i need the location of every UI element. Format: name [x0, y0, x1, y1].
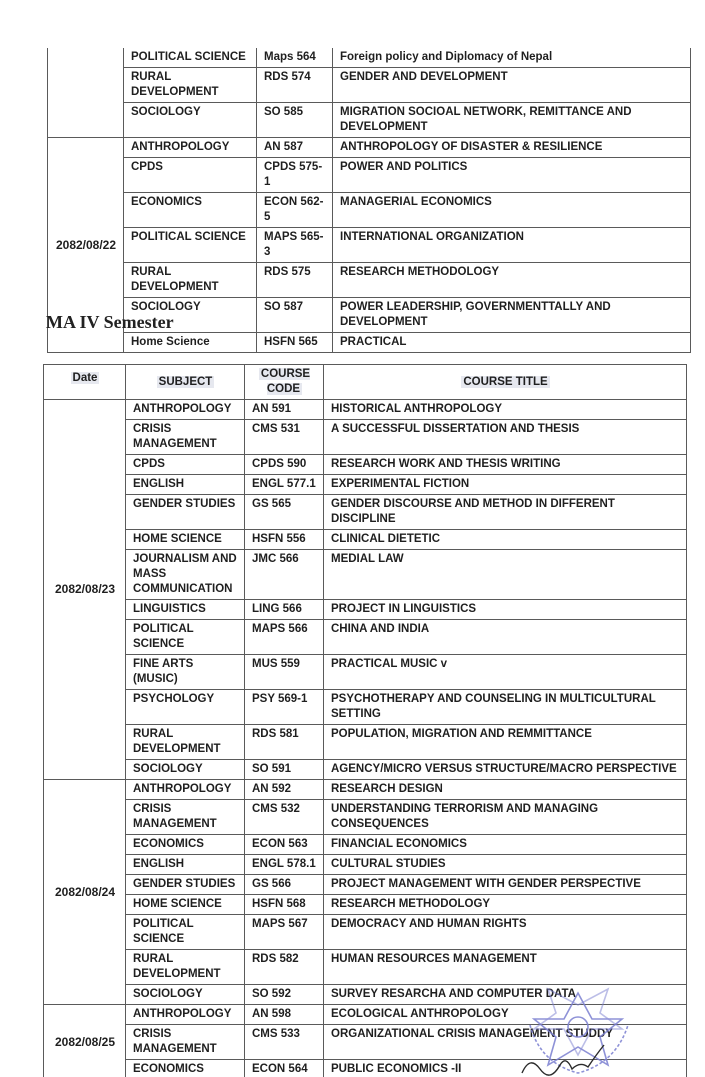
course-title-cell: PSYCHOTHERAPY AND COUNSELING IN MULTICUL… [324, 690, 687, 725]
course-code-cell: HSFN 556 [245, 530, 324, 550]
subject-cell: ANTHROPOLOGY [126, 400, 245, 420]
subject-cell: HOME SCIENCE [126, 895, 245, 915]
course-code-cell: MAPS 565-3 [257, 228, 333, 263]
signature-icon [522, 1045, 604, 1075]
subject-cell: Home Science [124, 333, 257, 353]
table-row: RURAL DEVELOPMENTRDS 581POPULATION, MIGR… [44, 725, 687, 760]
course-code-cell: PSY 569-1 [245, 690, 324, 725]
table-row: GENDER STUDIESGS 565GENDER DISCOURSE AND… [44, 495, 687, 530]
course-title-cell: UNDERSTANDING TERRORISM AND MANAGING CON… [324, 800, 687, 835]
subject-cell: RURAL DEVELOPMENT [126, 950, 245, 985]
table-row: GENDER STUDIESGS 566PROJECT MANAGEMENT W… [44, 875, 687, 895]
course-code-cell: CMS 533 [245, 1025, 324, 1060]
course-title-cell: CULTURAL STUDIES [324, 855, 687, 875]
table-row: 2082/08/24ANTHROPOLOGYAN 592RESEARCH DES… [44, 780, 687, 800]
table-row: 2082/08/23ANTHROPOLOGYAN 591HISTORICAL A… [44, 400, 687, 420]
header-course-title-label: COURSE TITLE [461, 376, 549, 388]
subject-cell: PSYCHOLOGY [126, 690, 245, 725]
subject-cell: GENDER STUDIES [126, 875, 245, 895]
course-title-cell: ANTHROPOLOGY OF DISASTER & RESILIENCE [333, 138, 691, 158]
subject-cell: ECONOMICS [126, 1060, 245, 1077]
course-title-cell: RESEARCH DESIGN [324, 780, 687, 800]
course-code-cell: ECON 564 [245, 1060, 324, 1077]
header-course-code: COURSE CODE [245, 365, 324, 400]
course-title-cell: PRACTICAL [333, 333, 691, 353]
table-row: RURAL DEVELOPMENTRDS 574GENDER AND DEVEL… [48, 68, 691, 103]
course-title-cell: POWER AND POLITICS [333, 158, 691, 193]
course-code-cell: HSFN 568 [245, 895, 324, 915]
header-subject: SUBJECT [126, 365, 245, 400]
course-title-cell: A SUCCESSFUL DISSERTATION AND THESIS [324, 420, 687, 455]
subject-cell: SOCIOLOGY [126, 985, 245, 1005]
subject-cell: CRISIS MANAGEMENT [126, 1025, 245, 1060]
table-row: ECONOMICSECON 563FINANCIAL ECONOMICS [44, 835, 687, 855]
table-row: Home ScienceHSFN 565PRACTICAL [48, 333, 691, 353]
course-code-cell: AN 592 [245, 780, 324, 800]
subject-cell: POLITICAL SCIENCE [126, 915, 245, 950]
course-code-cell: JMC 566 [245, 550, 324, 600]
table-row: RURAL DEVELOPMENTRDS 575RESEARCH METHODO… [48, 263, 691, 298]
table-row: SOCIOLOGYSO 591AGENCY/MICRO VERSUS STRUC… [44, 760, 687, 780]
table-row: ENGLISHENGL 578.1CULTURAL STUDIES [44, 855, 687, 875]
course-title-cell: Foreign policy and Diplomacy of Nepal [333, 48, 691, 68]
course-code-cell: ECON 562-5 [257, 193, 333, 228]
subject-cell: POLITICAL SCIENCE [124, 48, 257, 68]
table-row: 2082/08/22ANTHROPOLOGYAN 587ANTHROPOLOGY… [48, 138, 691, 158]
exam-schedule-table-continued: POLITICAL SCIENCEMaps 564Foreign policy … [47, 48, 691, 353]
subject-cell: SOCIOLOGY [124, 103, 257, 138]
subject-cell: POLITICAL SCIENCE [124, 228, 257, 263]
course-code-cell: GS 565 [245, 495, 324, 530]
subject-cell: ANTHROPOLOGY [126, 1005, 245, 1025]
header-date-label: Date [71, 372, 100, 384]
course-title-cell: CHINA AND INDIA [324, 620, 687, 655]
subject-cell: ANTHROPOLOGY [126, 780, 245, 800]
subject-cell: RURAL DEVELOPMENT [124, 263, 257, 298]
course-code-cell: SO 592 [245, 985, 324, 1005]
subject-cell: GENDER STUDIES [126, 495, 245, 530]
subject-cell: RURAL DEVELOPMENT [124, 68, 257, 103]
course-code-cell: MAPS 567 [245, 915, 324, 950]
date-cell-continued [48, 48, 124, 138]
course-title-cell: DEMOCRACY AND HUMAN RIGHTS [324, 915, 687, 950]
course-title-cell: AGENCY/MICRO VERSUS STRUCTURE/MACRO PERS… [324, 760, 687, 780]
course-title-cell: CLINICAL DIETETIC [324, 530, 687, 550]
course-code-cell: ENGL 577.1 [245, 475, 324, 495]
table-row: RURAL DEVELOPMENTRDS 582HUMAN RESOURCES … [44, 950, 687, 985]
subject-cell: RURAL DEVELOPMENT [126, 725, 245, 760]
course-code-cell: ECON 563 [245, 835, 324, 855]
bottom-table-body: 2082/08/23ANTHROPOLOGYAN 591HISTORICAL A… [44, 400, 687, 1077]
table-row: POLITICAL SCIENCEMAPS 567DEMOCRACY AND H… [44, 915, 687, 950]
subject-cell: CRISIS MANAGEMENT [126, 420, 245, 455]
course-code-cell: AN 591 [245, 400, 324, 420]
course-code-cell: RDS 582 [245, 950, 324, 985]
subject-cell: ENGLISH [126, 855, 245, 875]
subject-cell: LINGUISTICS [126, 600, 245, 620]
exam-schedule-table: Date SUBJECT COURSE CODE COURSE TITLE 20… [43, 364, 687, 1077]
course-code-cell: AN 598 [245, 1005, 324, 1025]
course-code-cell: CMS 532 [245, 800, 324, 835]
course-title-cell: GENDER AND DEVELOPMENT [333, 68, 691, 103]
subject-cell: HOME SCIENCE [126, 530, 245, 550]
section-heading: MA IV Semester [46, 312, 174, 333]
table-row: JOURNALISM AND MASS COMMUNICATIONJMC 566… [44, 550, 687, 600]
subject-cell: ECONOMICS [126, 835, 245, 855]
top-table-body: POLITICAL SCIENCEMaps 564Foreign policy … [48, 48, 691, 353]
subject-cell: JOURNALISM AND MASS COMMUNICATION [126, 550, 245, 600]
course-code-cell: RDS 574 [257, 68, 333, 103]
course-title-cell: POWER LEADERSHIP, GOVERNMENTTALLY AND DE… [333, 298, 691, 333]
course-code-cell: RDS 581 [245, 725, 324, 760]
course-title-cell: MANAGERIAL ECONOMICS [333, 193, 691, 228]
course-code-cell: SO 591 [245, 760, 324, 780]
table-row: HOME SCIENCEHSFN 556CLINICAL DIETETIC [44, 530, 687, 550]
table-row: FINE ARTS (MUSIC)MUS 559PRACTICAL MUSIC … [44, 655, 687, 690]
course-code-cell: Maps 564 [257, 48, 333, 68]
course-title-cell: INTERNATIONAL ORGANIZATION [333, 228, 691, 263]
course-code-cell: RDS 575 [257, 263, 333, 298]
table-header: Date SUBJECT COURSE CODE COURSE TITLE [44, 365, 687, 400]
course-title-cell: EXPERIMENTAL FICTION [324, 475, 687, 495]
course-title-cell: GENDER DISCOURSE AND METHOD IN DIFFERENT… [324, 495, 687, 530]
course-title-cell: MIGRATION SOCIOAL NETWORK, REMITTANCE AN… [333, 103, 691, 138]
course-title-cell: PRACTICAL MUSIC v [324, 655, 687, 690]
date-cell: 2082/08/24 [44, 780, 126, 1005]
table-row: CPDSCPDS 575-1POWER AND POLITICS [48, 158, 691, 193]
course-title-cell: RESEARCH WORK AND THESIS WRITING [324, 455, 687, 475]
course-title-cell: FINANCIAL ECONOMICS [324, 835, 687, 855]
subject-cell: ECONOMICS [124, 193, 257, 228]
header-row: Date SUBJECT COURSE CODE COURSE TITLE [44, 365, 687, 400]
course-code-cell: CPDS 575-1 [257, 158, 333, 193]
table-row: CRISIS MANAGEMENTCMS 532UNDERSTANDING TE… [44, 800, 687, 835]
table-row: HOME SCIENCEHSFN 568RESEARCH METHODOLOGY [44, 895, 687, 915]
table-row: SOCIOLOGYSO 585MIGRATION SOCIOAL NETWORK… [48, 103, 691, 138]
date-cell: 2082/08/25 [44, 1005, 126, 1077]
course-code-cell: AN 587 [257, 138, 333, 158]
course-title-cell: HUMAN RESOURCES MANAGEMENT [324, 950, 687, 985]
subject-cell: SOCIOLOGY [126, 760, 245, 780]
course-code-cell: CMS 531 [245, 420, 324, 455]
table-row: POLITICAL SCIENCEMaps 564Foreign policy … [48, 48, 691, 68]
course-title-cell: POPULATION, MIGRATION AND REMMITTANCE [324, 725, 687, 760]
table-row: ENGLISHENGL 577.1EXPERIMENTAL FICTION [44, 475, 687, 495]
course-title-cell: HISTORICAL ANTHROPOLOGY [324, 400, 687, 420]
course-title-cell: PROJECT IN LINGUISTICS [324, 600, 687, 620]
course-title-cell: RESEARCH METHODOLOGY [324, 895, 687, 915]
course-code-cell: MAPS 566 [245, 620, 324, 655]
subject-cell: ENGLISH [126, 475, 245, 495]
table-row: CRISIS MANAGEMENTCMS 531A SUCCESSFUL DIS… [44, 420, 687, 455]
course-code-cell: ENGL 578.1 [245, 855, 324, 875]
subject-cell: ANTHROPOLOGY [124, 138, 257, 158]
date-cell: 2082/08/23 [44, 400, 126, 780]
course-title-cell: RESEARCH METHODOLOGY [333, 263, 691, 298]
course-title-cell: PROJECT MANAGEMENT WITH GENDER PERSPECTI… [324, 875, 687, 895]
table-row: PSYCHOLOGYPSY 569-1PSYCHOTHERAPY AND COU… [44, 690, 687, 725]
subject-cell: CPDS [126, 455, 245, 475]
header-course-title: COURSE TITLE [324, 365, 687, 400]
course-code-cell: MUS 559 [245, 655, 324, 690]
course-title-cell: MEDIAL LAW [324, 550, 687, 600]
header-course-code-label: COURSE CODE [259, 368, 310, 395]
course-code-cell: HSFN 565 [257, 333, 333, 353]
table-row: POLITICAL SCIENCEMAPS 566CHINA AND INDIA [44, 620, 687, 655]
table-row: POLITICAL SCIENCEMAPS 565-3INTERNATIONAL… [48, 228, 691, 263]
course-code-cell: GS 566 [245, 875, 324, 895]
subject-cell: FINE ARTS (MUSIC) [126, 655, 245, 690]
subject-cell: CRISIS MANAGEMENT [126, 800, 245, 835]
subject-cell: POLITICAL SCIENCE [126, 620, 245, 655]
course-code-cell: CPDS 590 [245, 455, 324, 475]
official-seal-icon [500, 985, 640, 1077]
header-subject-label: SUBJECT [157, 376, 215, 388]
table-row: ECONOMICSECON 562-5MANAGERIAL ECONOMICS [48, 193, 691, 228]
course-code-cell: SO 587 [257, 298, 333, 333]
header-date: Date [44, 365, 126, 400]
course-code-cell: SO 585 [257, 103, 333, 138]
subject-cell: CPDS [124, 158, 257, 193]
table-row: CPDSCPDS 590RESEARCH WORK AND THESIS WRI… [44, 455, 687, 475]
course-code-cell: LING 566 [245, 600, 324, 620]
table-row: LINGUISTICSLING 566PROJECT IN LINGUISTIC… [44, 600, 687, 620]
